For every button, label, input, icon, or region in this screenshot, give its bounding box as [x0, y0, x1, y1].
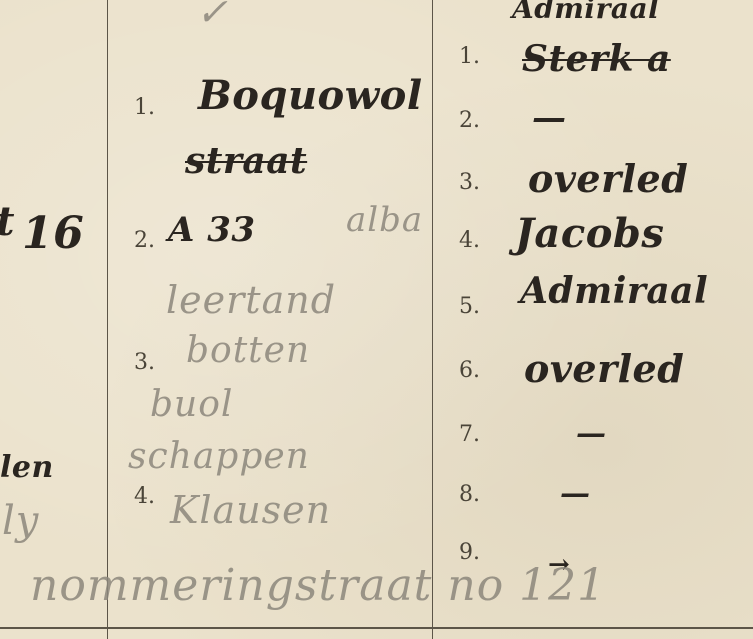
- entry-number: 3.: [459, 170, 480, 195]
- pencil-note: buol: [150, 384, 233, 425]
- pencil-note: leertand: [166, 278, 336, 322]
- entry-number: 4.: [134, 484, 155, 509]
- column-divider-right: [432, 0, 433, 639]
- bottom-pencil-note: nommeringstraat no 121: [30, 560, 606, 611]
- entry-text: —: [532, 98, 567, 138]
- pencil-note: botten: [186, 330, 310, 371]
- row-divider-bottom: [0, 627, 753, 629]
- entry-number: 1.: [459, 44, 480, 69]
- entry-text: overled: [524, 346, 684, 391]
- check-mark: ✓: [196, 0, 229, 34]
- entry-text: Sterk a: [522, 38, 671, 80]
- column-header: Admiraal: [512, 0, 659, 25]
- entry-number: 8.: [459, 482, 480, 507]
- entry-text: Admiraal: [520, 270, 708, 312]
- entry-number: 7.: [459, 422, 480, 447]
- entry-number: 3.: [134, 350, 155, 375]
- entry-number: 5.: [459, 294, 480, 319]
- document-page: t 16 len ly ✓ 1. Boquowol straat 2. A 33…: [0, 0, 753, 639]
- entry-text: —: [576, 416, 607, 451]
- pencil-note: schappen: [128, 436, 310, 477]
- column-divider-left: [107, 0, 108, 639]
- street-name: Boquowol: [198, 72, 423, 119]
- pencil-note: alba: [346, 200, 423, 240]
- entry-text: Jacobs: [515, 210, 664, 257]
- entry-number: 4.: [459, 228, 480, 253]
- entry-number: 2.: [134, 228, 155, 253]
- entry-number: 1.: [134, 95, 155, 120]
- street-name: straat: [185, 140, 307, 182]
- entry-text: overled: [528, 156, 688, 201]
- entry-number: 6.: [459, 358, 480, 383]
- pencil-note: Klausen: [170, 488, 331, 532]
- left-fragment: 16: [22, 208, 84, 259]
- entry-number: 2.: [459, 108, 480, 133]
- house-number: A 33: [168, 210, 256, 250]
- left-fragment: t: [0, 198, 15, 245]
- entry-text: —: [560, 476, 591, 511]
- left-fragment: ly: [2, 498, 39, 544]
- left-fragment: len: [0, 450, 54, 485]
